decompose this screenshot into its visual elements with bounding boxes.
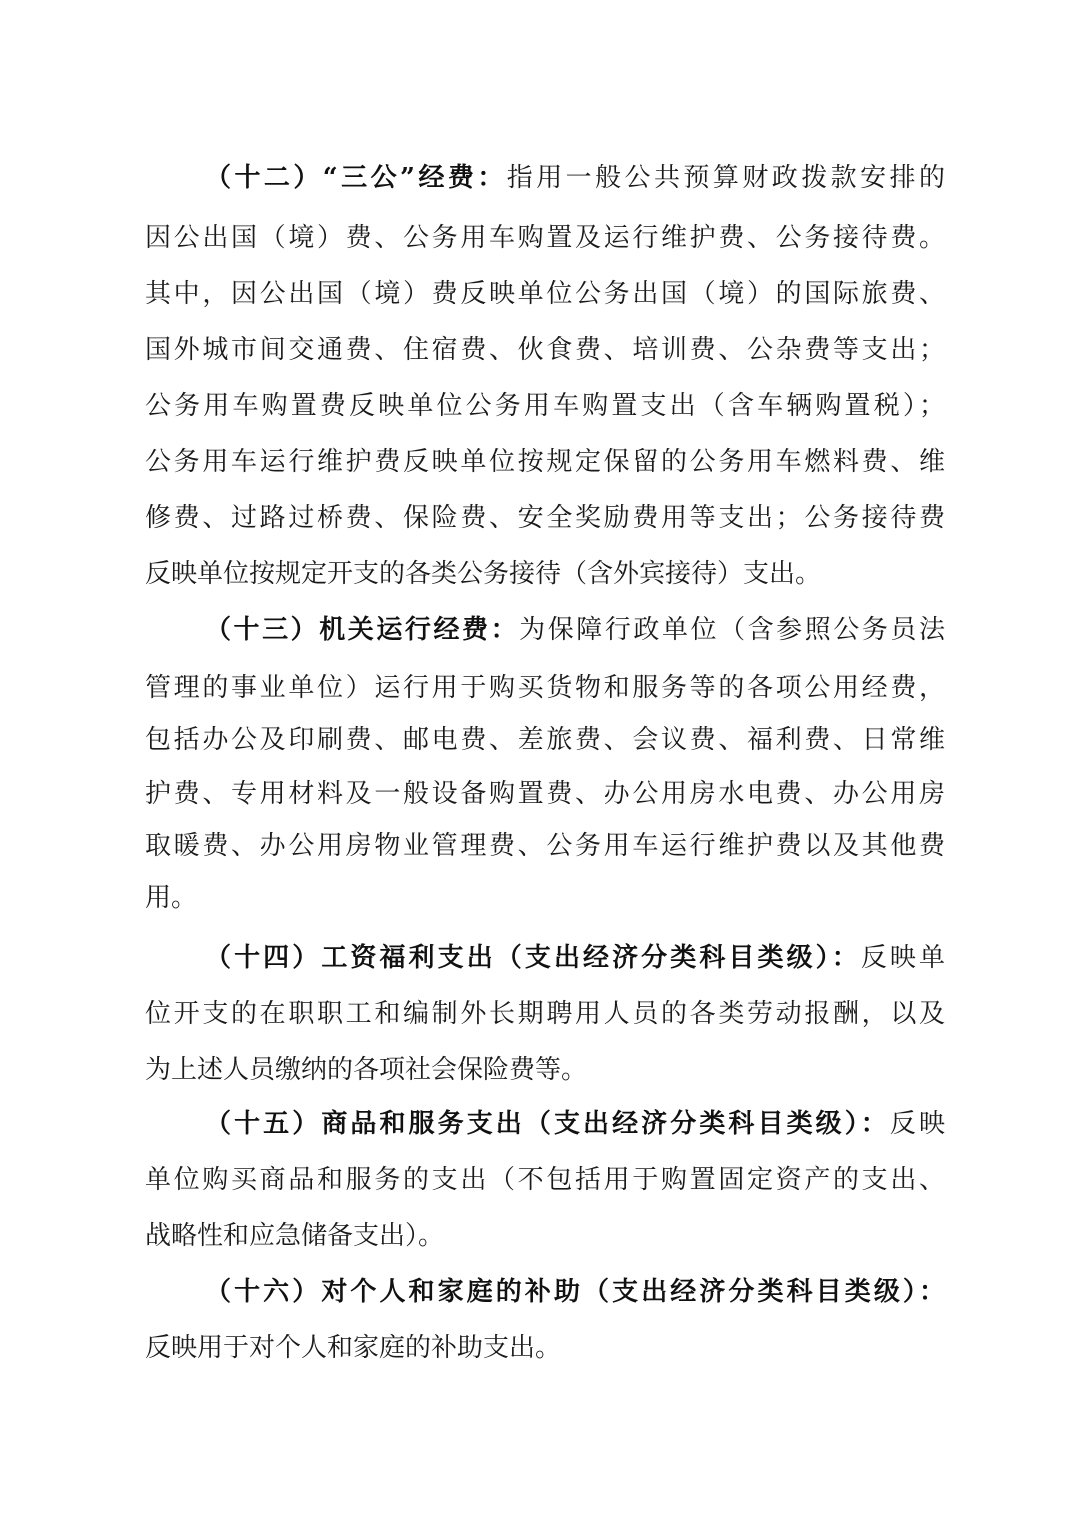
section-13-line-1: （十三）机关运行经费：为保障行政单位（含参照公务员法 xyxy=(205,610,945,650)
section-12-line-6: 公务用车运行维护费反映单位按规定保留的公务用车燃料费、维 xyxy=(145,442,945,482)
section-12-line-2: 因公出国（境）费、公务用车购置及运行维护费、公务接待费。 xyxy=(145,218,945,258)
section-14-line-1: （十四）工资福利支出（支出经济分类科目类级）：反映单 xyxy=(205,938,945,978)
section-15-line-2: 单位购买商品和服务的支出（不包括用于购置固定资产的支出、 xyxy=(145,1160,945,1200)
section-13-line-5: 取暖费、办公用房物业管理费、公务用车运行维护费以及其他费 xyxy=(145,826,945,866)
section-12-line-4: 国外城市间交通费、住宿费、伙食费、培训费、公杂费等支出； xyxy=(145,330,945,370)
section-12-line-7: 修费、过路过桥费、保险费、安全奖励费用等支出；公务接待费 xyxy=(145,498,945,538)
section-16-line-2: 反映用于对个人和家庭的补助支出。 xyxy=(145,1328,945,1368)
section-15-line-1: （十五）商品和服务支出（支出经济分类科目类级）：反映 xyxy=(205,1104,945,1144)
section-12-line-5: 公务用车购置费反映单位公务用车购置支出（含车辆购置税）； xyxy=(145,386,945,426)
section-14-line-2: 位开支的在职职工和编制外长期聘用人员的各类劳动报酬，以及 xyxy=(145,994,945,1034)
section-12-line-8: 反映单位按规定开支的各类公务接待（含外宾接待）支出。 xyxy=(145,554,945,594)
section-13-line-2: 管理的事业单位）运行用于购买货物和服务等的各项公用经费， xyxy=(145,668,945,708)
section-13-line-6: 用。 xyxy=(145,878,945,918)
section-12-line-3: 其中，因公出国（境）费反映单位公务出国（境）的国际旅费、 xyxy=(145,274,945,314)
section-13-line-4: 护费、专用材料及一般设备购置费、办公用房水电费、办公用房 xyxy=(145,774,945,814)
section-12-line-1: （十二）“三公”经费：指用一般公共预算财政拨款安排的 xyxy=(205,158,945,198)
section-15-line-3: 战略性和应急储备支出）。 xyxy=(145,1216,945,1256)
section-16-heading: （十六）对个人和家庭的补助（支出经济分类科目类级）： xyxy=(205,1277,945,1307)
section-16-line-1: （十六）对个人和家庭的补助（支出经济分类科目类级）： xyxy=(205,1272,945,1312)
document-page: （十二）“三公”经费：指用一般公共预算财政拨款安排的 因公出国（境）费、公务用车… xyxy=(0,0,1074,1520)
section-15-heading: （十五）商品和服务支出（支出经济分类科目类级）： xyxy=(205,1109,890,1139)
section-12-heading: （十二）“三公”经费： xyxy=(205,163,507,193)
section-14-line-3: 为上述人员缴纳的各项社会保险费等。 xyxy=(145,1050,945,1090)
section-13-heading: （十三）机关运行经费： xyxy=(205,615,519,645)
section-14-heading: （十四）工资福利支出（支出经济分类科目类级）： xyxy=(205,943,861,973)
section-13-line-3: 包括办公及印刷费、邮电费、差旅费、会议费、福利费、日常维 xyxy=(145,720,945,760)
